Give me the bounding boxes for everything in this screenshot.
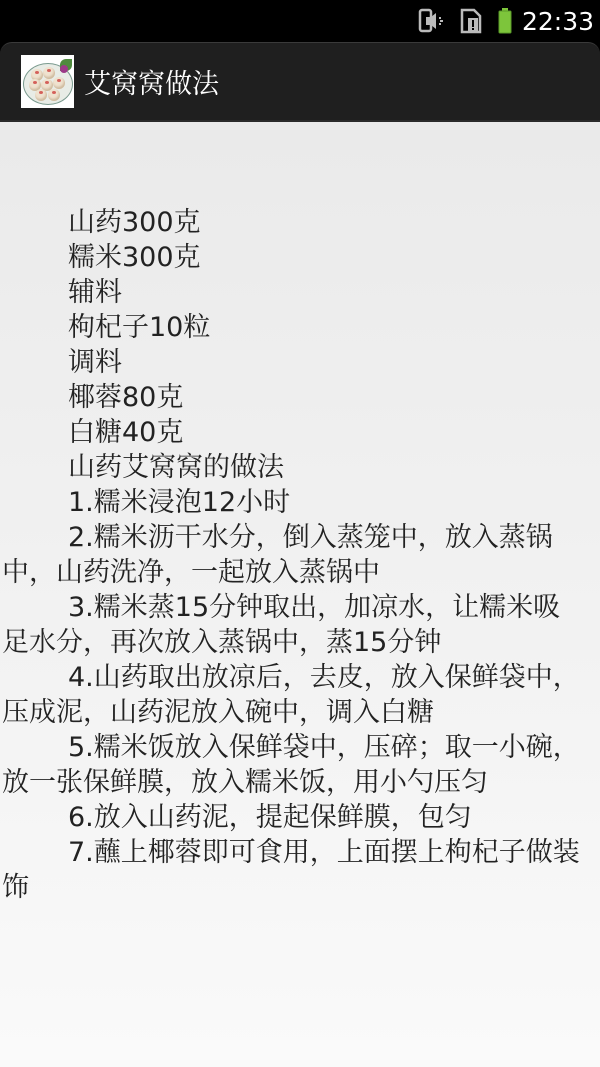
action-bar: 艾窝窝做法 bbox=[0, 42, 600, 122]
ingredient-line: 山药300克 bbox=[2, 205, 582, 240]
section-heading: 山药艾窝窝的做法 bbox=[2, 450, 582, 485]
battery-icon bbox=[498, 8, 512, 34]
sim-alert-icon bbox=[460, 8, 484, 34]
ingredient-line: 糯米300克 bbox=[2, 240, 582, 275]
dumpling-plate-icon[interactable] bbox=[21, 55, 74, 108]
recipe-text: 山药300克 糯米300克 辅料 枸杞子10粒 调料 椰蓉80克 白糖40克 山… bbox=[0, 205, 600, 905]
section-heading: 调料 bbox=[2, 345, 582, 380]
recipe-content[interactable]: 山药300克 糯米300克 辅料 枸杞子10粒 调料 椰蓉80克 白糖40克 山… bbox=[0, 122, 600, 1067]
step-line: 6.放入山药泥，提起保鲜膜，包匀 bbox=[2, 800, 582, 835]
ingredient-line: 枸杞子10粒 bbox=[2, 310, 582, 345]
section-heading: 辅料 bbox=[2, 275, 582, 310]
status-bar: 22:33 bbox=[0, 0, 600, 42]
vibrate-icon bbox=[418, 8, 446, 34]
ingredient-line: 椰蓉80克 bbox=[2, 380, 582, 415]
step-line: 5.糯米饭放入保鲜袋中，压碎；取一小碗，放一张保鲜膜，放入糯米饭，用小勺压匀 bbox=[2, 730, 582, 800]
step-line: 4.山药取出放凉后，去皮，放入保鲜袋中，压成泥，山药泥放入碗中，调入白糖 bbox=[2, 660, 582, 730]
step-line: 1.糯米浸泡12小时 bbox=[2, 485, 582, 520]
page-title: 艾窝窝做法 bbox=[84, 62, 219, 101]
ingredient-line: 白糖40克 bbox=[2, 415, 582, 450]
clock: 22:33 bbox=[522, 7, 594, 36]
step-line: 2.糯米沥干水分，倒入蒸笼中，放入蒸锅中，山药洗净，一起放入蒸锅中 bbox=[2, 520, 582, 590]
step-line: 7.蘸上椰蓉即可食用，上面摆上枸杞子做装饰 bbox=[2, 835, 582, 905]
step-line: 3.糯米蒸15分钟取出，加凉水，让糯米吸足水分，再次放入蒸锅中，蒸15分钟 bbox=[2, 590, 582, 660]
